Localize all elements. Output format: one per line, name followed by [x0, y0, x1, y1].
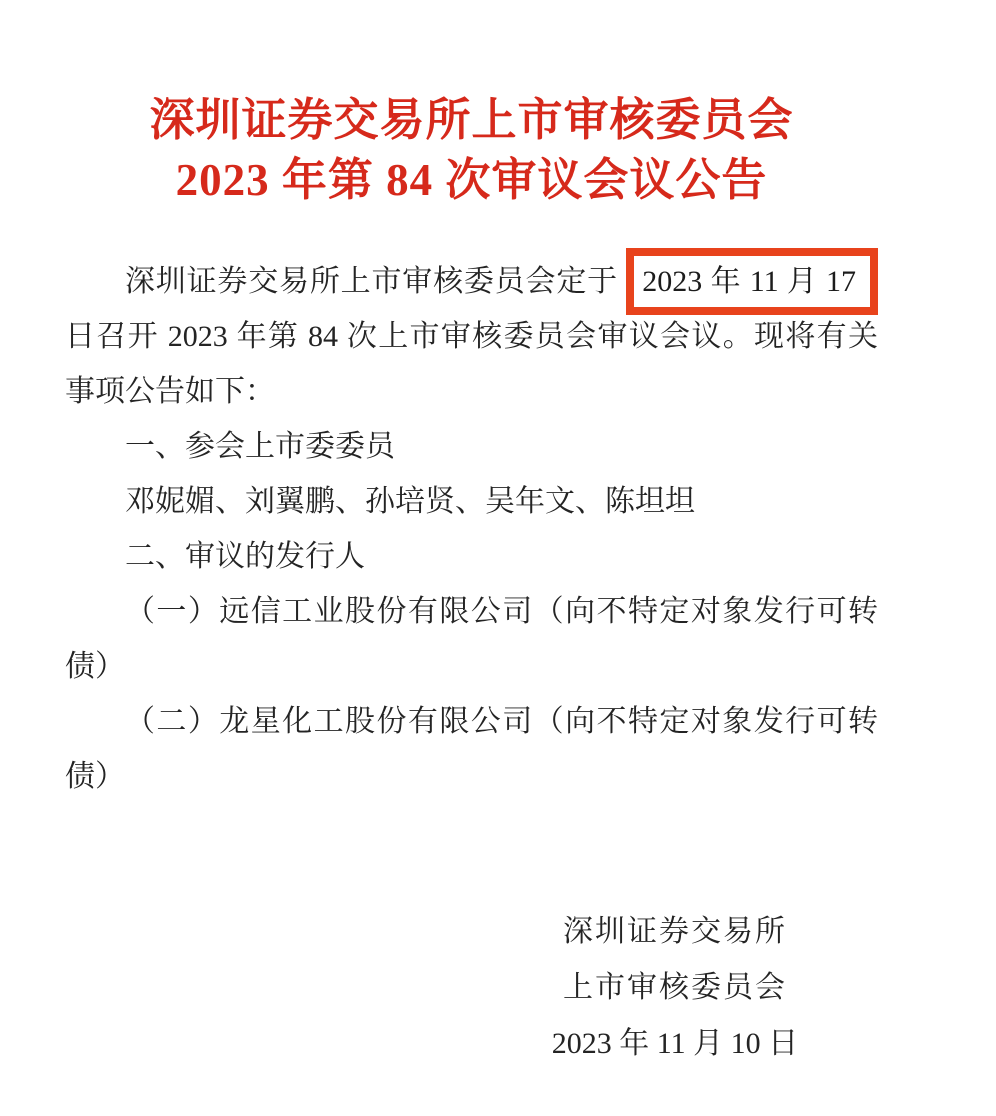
signature-block: 深圳证券交易所 上市审核委员会 2023 年 11 月 10 日	[455, 904, 895, 1072]
title-line-2: 2023 年第 84 次审议会议公告	[65, 150, 878, 210]
section2-item2-line1: （二）龙星化工股份有限公司（向不特定对象发行可转	[65, 694, 878, 749]
paragraph-line-2: 日召开 2023 年第 84 次上市审核委员会审议会议。现将有关	[65, 309, 878, 364]
section2-heading: 二、审议的发行人	[65, 529, 878, 584]
section1-members: 邓妮媚、刘翼鹏、孙培贤、吴年文、陈坦坦	[65, 474, 878, 529]
section2-item2-line2: 债）	[65, 749, 878, 804]
signature-org-line-1: 深圳证券交易所	[455, 904, 895, 960]
signature-date: 2023 年 11 月 10 日	[455, 1016, 895, 1072]
title-line-1: 深圳证券交易所上市审核委员会	[65, 90, 878, 150]
document-body: 深圳证券交易所上市审核委员会定于 2023 年 11 月 17 日召开 2023…	[65, 254, 878, 804]
section2-item1-line1: （一）远信工业股份有限公司（向不特定对象发行可转	[65, 584, 878, 639]
date-highlight-box: 2023 年 11 月 17	[626, 248, 878, 315]
section2-item1-line2: 债）	[65, 639, 878, 694]
paragraph-line-1: 深圳证券交易所上市审核委员会定于 2023 年 11 月 17	[65, 254, 878, 309]
signature-org-line-2: 上市审核委员会	[455, 960, 895, 1016]
document-page: 深圳证券交易所上市审核委员会 2023 年第 84 次审议会议公告 深圳证券交易…	[0, 0, 996, 1116]
paragraph-line-3: 事项公告如下：	[65, 364, 878, 419]
paragraph-line-1-text: 深圳证券交易所上市审核委员会定于	[125, 265, 618, 298]
section1-heading: 一、参会上市委委员	[65, 419, 878, 474]
document-content: 深圳证券交易所上市审核委员会 2023 年第 84 次审议会议公告 深圳证券交易…	[0, 0, 996, 1072]
document-title: 深圳证券交易所上市审核委员会 2023 年第 84 次审议会议公告	[65, 90, 878, 210]
